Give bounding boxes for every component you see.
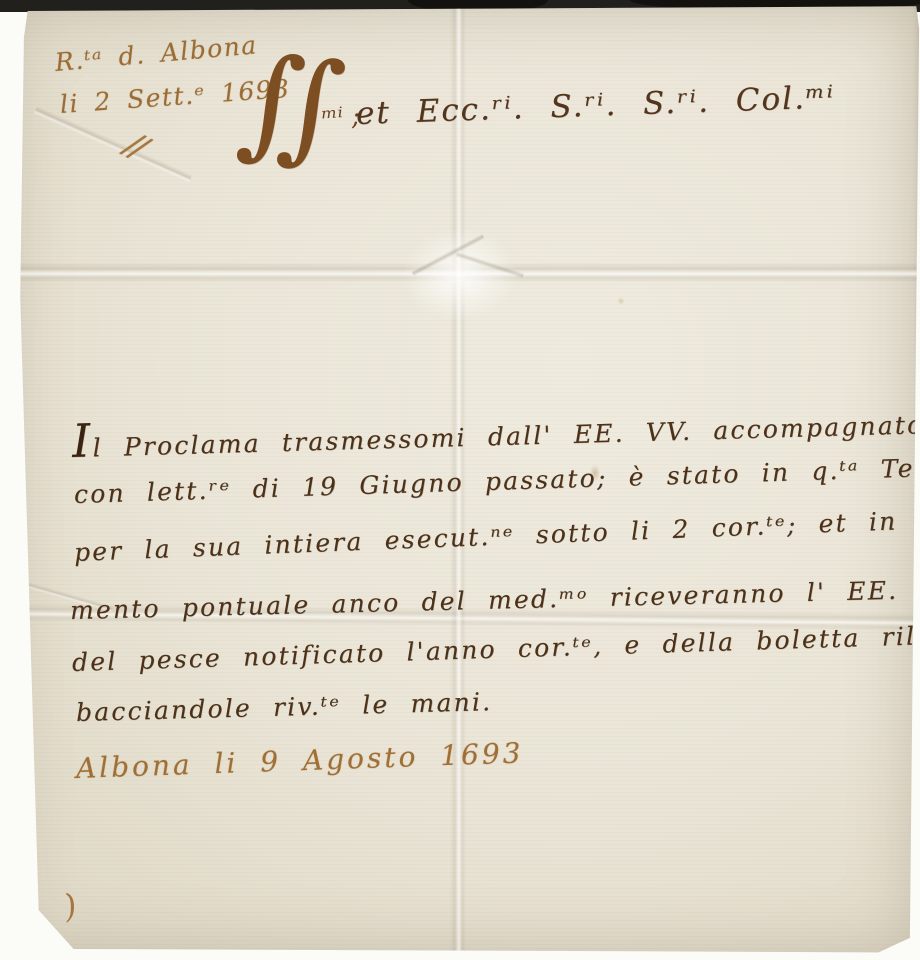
docket-note-line-1: R.ᵗᵃ d. Albona [54, 30, 259, 77]
crumple-shadow [411, 234, 484, 277]
fold-crease-horizontal-upper [0, 262, 920, 282]
body-line-6: bacciandole riv.ᵗᵉ le mani. [76, 687, 493, 727]
foxing-spot [616, 296, 626, 306]
stray-pen-mark: ) [60, 886, 80, 926]
body-line-4: mento pontuale anco del med.ᵐᵒ riceveran… [70, 572, 920, 625]
body-line-1: Il Proclama trasmessomi dall' EE. VV. ac… [71, 390, 920, 468]
body-line-3: per la sua intiera esecut.ⁿᵉ sotto li 2 … [73, 501, 920, 567]
fold-intersection-crumple [380, 210, 540, 340]
letter-scan: R.ᵗᵃ d. Albona li 2 Sett.ᵉ 1693 // ∬ ᵐⁱ … [0, 0, 920, 960]
body-line-5: del pesce notificato l'anno cor.ᵗᵉ, e de… [72, 618, 920, 677]
dateline: Albona li 9 Agosto 1693 [75, 736, 524, 785]
letter-paper: R.ᵗᵃ d. Albona li 2 Sett.ᵉ 1693 // ∬ ᵐⁱ … [0, 0, 920, 960]
salutation-line: et Ecc.ʳⁱ. S.ʳⁱ. S.ʳⁱ. Col.ᵐⁱ [355, 79, 835, 132]
docket-flourish-marks: // [119, 124, 151, 166]
fold-crease-diagonal-topleft [34, 106, 193, 183]
crumple-shadow [456, 251, 524, 278]
